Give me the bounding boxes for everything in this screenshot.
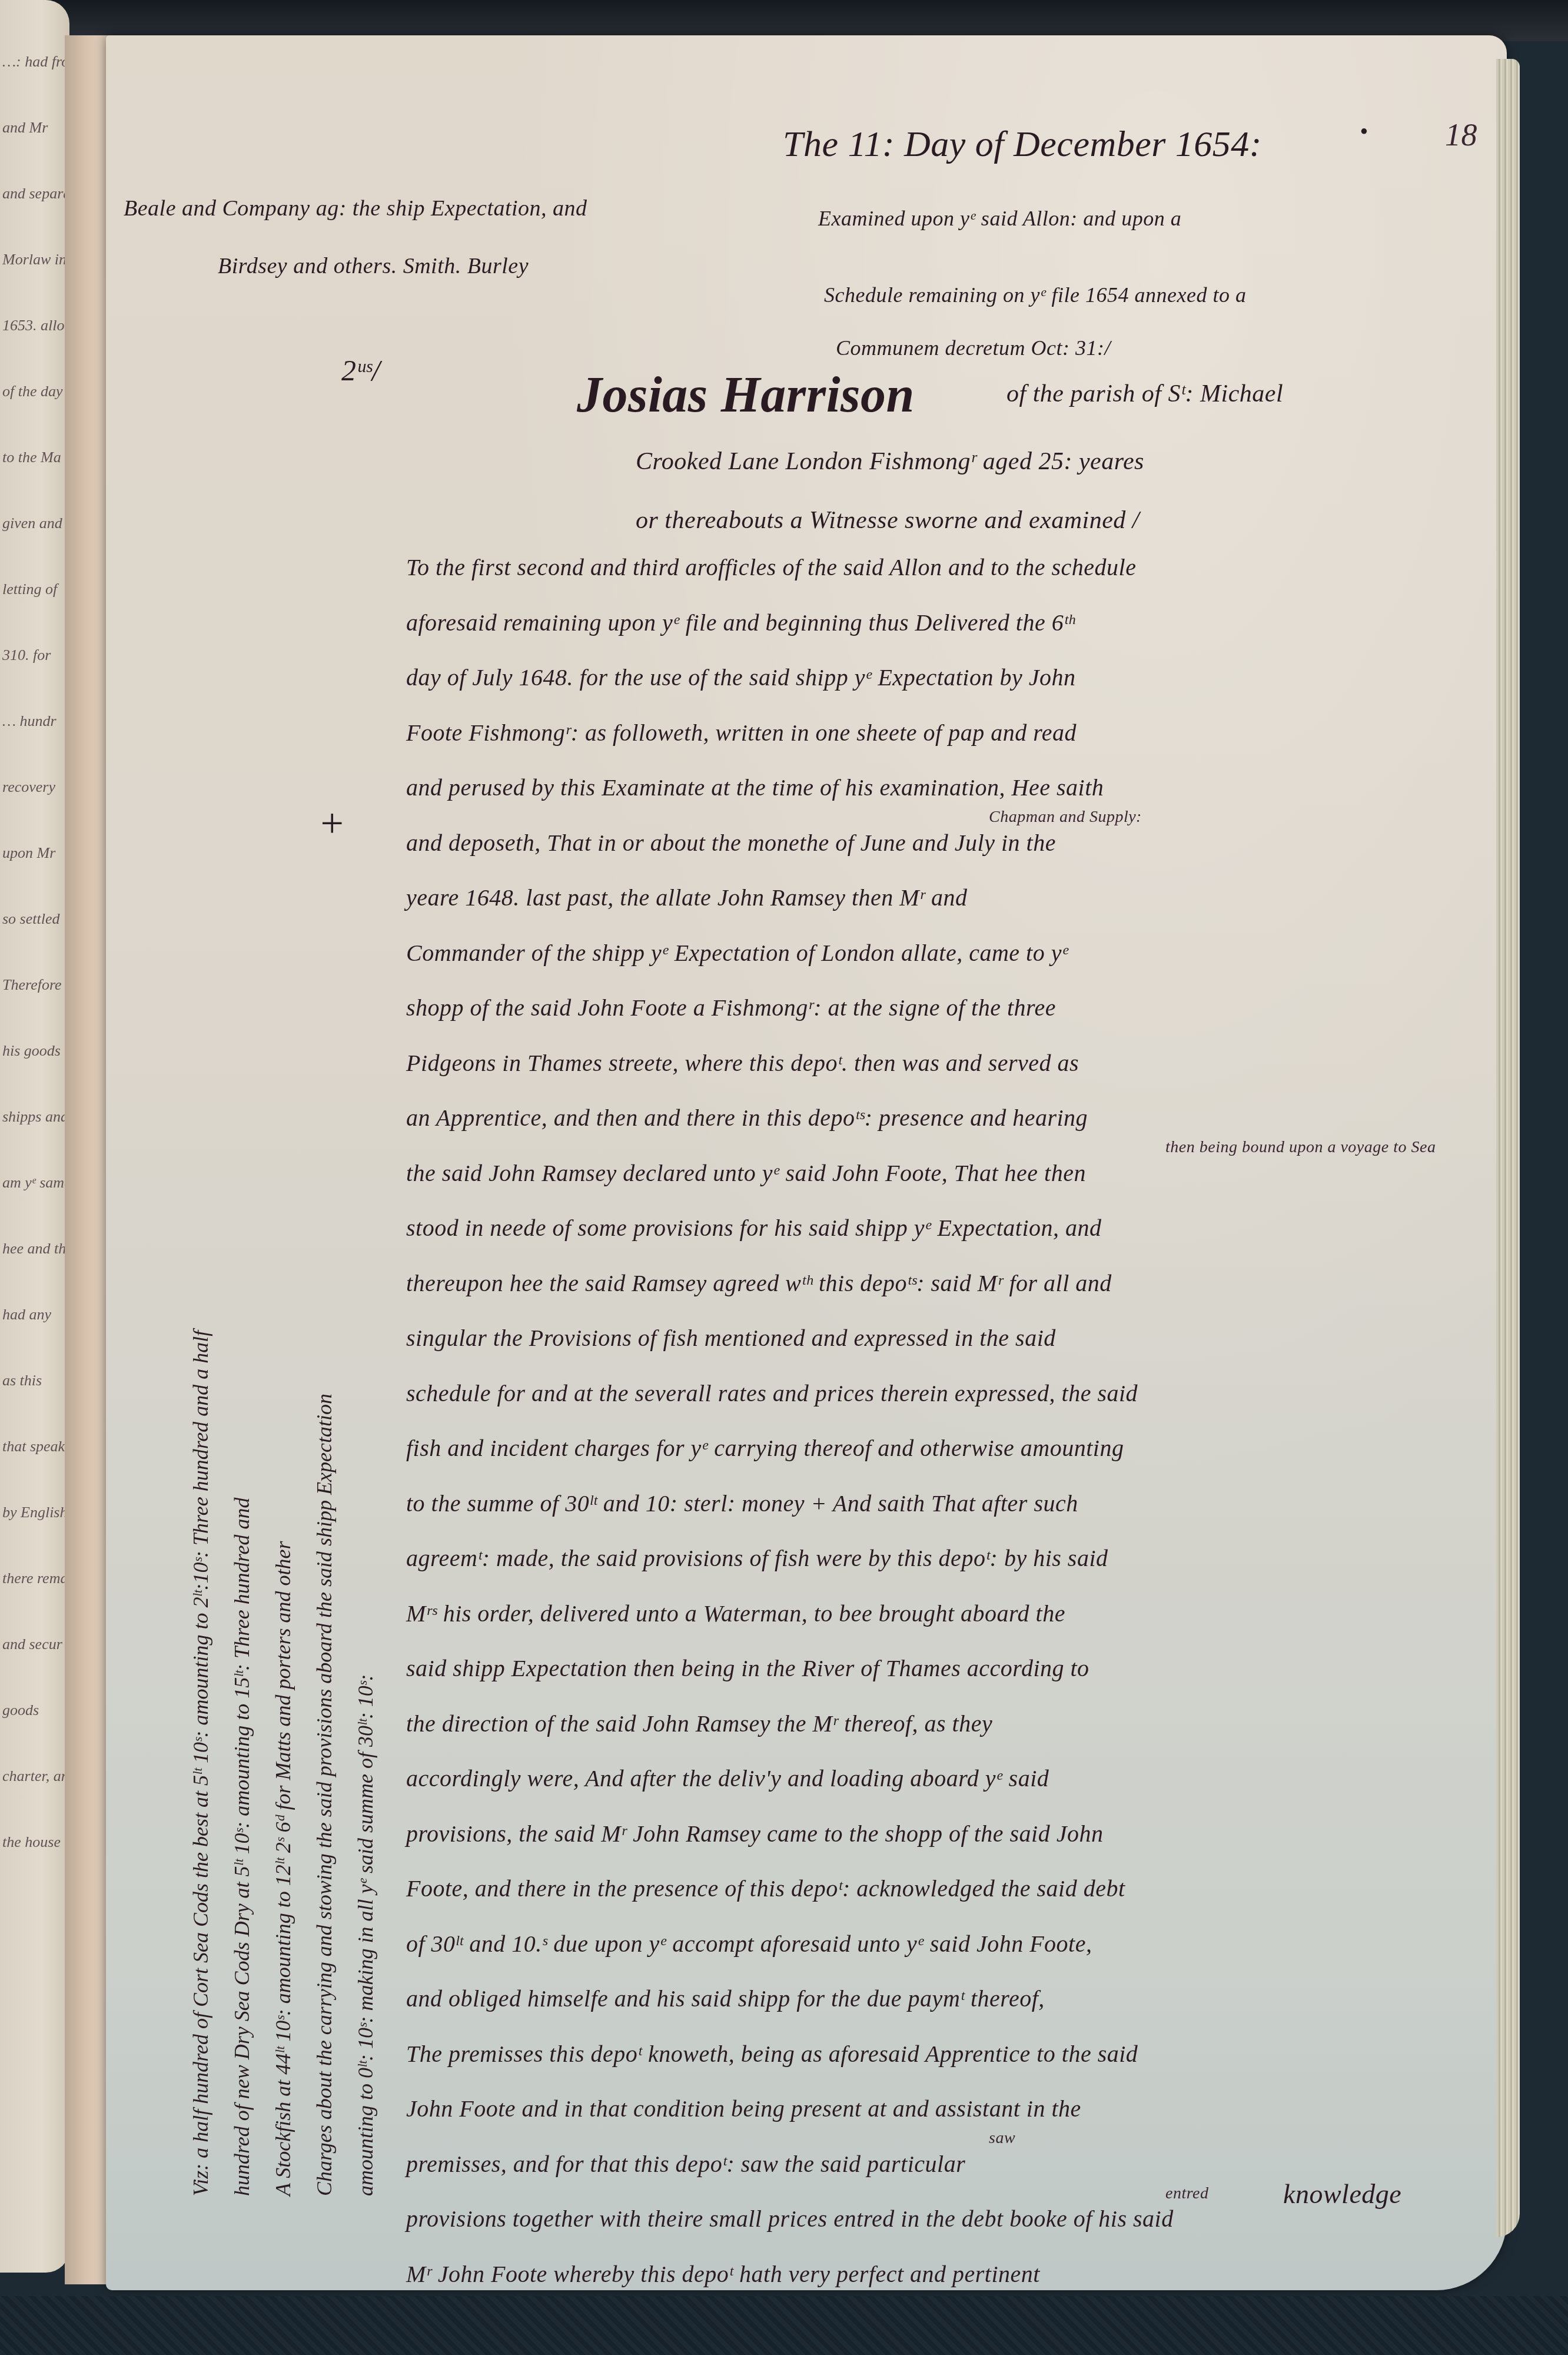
deposition-line: schedule for and at the severall rates a…	[406, 1379, 1524, 1407]
facing-page-text-fragment: and separate	[2, 185, 68, 203]
facing-page-text-fragment: of the day	[2, 383, 68, 400]
facing-page-text-fragment: upon Mr	[2, 844, 68, 862]
facing-page-text-fragment: goods	[2, 1701, 68, 1719]
deposition-line: and perused by this Examinate at the tim…	[406, 774, 1524, 801]
facing-page-text-fragment: as this	[2, 1372, 68, 1389]
facing-page-text-fragment: 310. for	[2, 646, 68, 664]
deposition-line: stood in neede of some provisions for hi…	[406, 1214, 1524, 1242]
facing-page-text-fragment: … hundr	[2, 712, 68, 730]
facing-page-edge: …: had fromand Mrand separateMorlaw in16…	[0, 0, 69, 2273]
deposition-line: John Foote and in that condition being p…	[406, 2095, 1524, 2122]
witness-number: 2ᵘˢ/	[341, 353, 380, 387]
facing-page-text-fragment: am yᵉ same	[2, 1174, 68, 1192]
deposition-line: Pidgeons in Thames streete, where this d…	[406, 1049, 1524, 1077]
case-caption-line-1: Beale and Company ag: the ship Expectati…	[124, 195, 587, 221]
facing-page-text-fragment: recovery	[2, 778, 68, 796]
deposition-line: Mʳˢ his order, delivered unto a Waterman…	[406, 1600, 1524, 1627]
facing-page-text-fragment: and secur	[2, 1636, 68, 1653]
case-caption-line-2: Birdsey and others. Smith. Burley	[218, 253, 529, 279]
facing-page-text-fragment: that speake	[2, 1438, 68, 1455]
deposition-line: and deposeth, That in or about the monet…	[406, 829, 1524, 857]
margin-note-line: hundred of new Dry Sea Cods Dry at 5ˡᵗ 1…	[230, 1498, 254, 2196]
deposition-line: agreemᵗ: made, the said provisions of fi…	[406, 1544, 1524, 1572]
witness-description-line-3: or thereabouts a Witnesse sworne and exa…	[636, 506, 1140, 535]
facing-page-text-fragment: Therefore	[2, 976, 68, 994]
facing-page-text-fragment: given and	[2, 515, 68, 532]
witness-parish: of the parish of Sᵗ: Michael	[1006, 380, 1283, 408]
folio-mark: •	[1360, 118, 1368, 145]
facing-page-text-fragment: Morlaw in	[2, 251, 68, 268]
deposition-line: Commander of the shipp yᵉ Expectation of…	[406, 939, 1524, 967]
deposition-line: said shipp Expectation then being in the…	[406, 1654, 1524, 1682]
deposition-line: provisions, the said Mʳ John Ramsey came…	[406, 1820, 1524, 1847]
margin-note-rotated: Viz: a half hundred of Cort Sea Cods the…	[188, 883, 436, 2196]
facing-page-text-fragment: so settled	[2, 910, 68, 928]
deposition-line: aforesaid remaining upon yᵉ file and beg…	[406, 609, 1524, 636]
deposition-line: yeare 1648. last past, the allate John R…	[406, 884, 1524, 911]
interlinear-insertion: Chapman and Supply:	[989, 808, 1142, 827]
reference-line-2: Schedule remaining on yᵉ file 1654 annex…	[824, 283, 1246, 307]
deposition-line: accordingly were, And after the deliv'y …	[406, 1764, 1524, 1792]
facing-page-text-fragment: charter, and by	[2, 1767, 68, 1785]
page-stack-edge	[1496, 59, 1520, 2237]
deposition-line: the direction of the said John Ramsey th…	[406, 1710, 1524, 1737]
reference-line-3: Communem decretum Oct: 31:/	[836, 336, 1111, 360]
facing-page-text-fragment: shipps and	[2, 1108, 68, 1126]
interlinear-insertion: then being bound upon a voyage to Sea	[1165, 1138, 1436, 1157]
photo-backdrop-bottom	[0, 2296, 1568, 2355]
deposition-line: of 30ˡᵗ and 10.ˢ due upon yᵉ accompt afo…	[406, 1930, 1524, 1958]
interlinear-insertion: entred	[1165, 2184, 1209, 2203]
margin-note-line: A Stockfish at 44ˡᵗ 10ˢ: amounting to 12…	[271, 1541, 295, 2196]
facing-page-text-fragment: letting of	[2, 581, 68, 598]
facing-page-text-fragment: there remaine	[2, 1570, 68, 1587]
entry-date-heading: The 11: Day of December 1654:	[783, 124, 1262, 165]
folio-number: 18	[1445, 117, 1477, 153]
interlinear-insertion: saw	[989, 2129, 1015, 2148]
facing-page-text-fragment: 1653. allots	[2, 317, 68, 334]
margin-note-line: amounting to 0ˡᵗ: 10ˢ: making in all yᵉ …	[353, 1674, 378, 2196]
deposition-line: to the summe of 30ˡᵗ and 10: sterl: mone…	[406, 1490, 1524, 1517]
deposition-line: singular the Provisions of fish mentione…	[406, 1324, 1524, 1352]
deposition-line: the said John Ramsey declared unto yᵉ sa…	[406, 1159, 1524, 1187]
closing-word: knowledge	[1283, 2178, 1401, 2210]
facing-page-text-fragment: his goods	[2, 1042, 68, 1060]
margin-note-line: Viz: a half hundred of Cort Sea Cods the…	[188, 1331, 213, 2196]
facing-page-text-fragment: to the Ma	[2, 449, 68, 466]
deposition-line: Mʳ John Foote whereby this depoᵗ hath ve…	[406, 2260, 1524, 2288]
margin-cross-mark: +	[318, 801, 346, 848]
facing-page-text-fragment: …: had from	[2, 53, 68, 71]
deposition-line: day of July 1648. for the use of the sai…	[406, 664, 1524, 691]
deposition-line: an Apprentice, and then and there in thi…	[406, 1104, 1524, 1132]
deposition-line: To the first second and third arofficles…	[406, 553, 1524, 581]
facing-page-text-fragment: by English	[2, 1504, 68, 1521]
witness-description-line-2: Crooked Lane London Fishmongʳ aged 25: y…	[636, 447, 1144, 476]
deposition-line: Foote, and there in the presence of this…	[406, 1875, 1524, 1902]
deposition-line: fish and incident charges for yᵉ carryin…	[406, 1434, 1524, 1462]
deposition-line: thereupon hee the said Ramsey agreed wᵗʰ…	[406, 1269, 1524, 1297]
deposition-line: The premisses this depoᵗ knoweth, being …	[406, 2040, 1524, 2068]
facing-page-text-fragment: had any	[2, 1306, 68, 1324]
facing-page-text-fragment: hee and them	[2, 1240, 68, 1258]
deposition-line: and obliged himselfe and his said shipp …	[406, 1985, 1524, 2012]
deposition-line: premisses, and for that this depoᵗ: saw …	[406, 2150, 1524, 2178]
margin-note-line: Charges about the carrying and stowing t…	[312, 1394, 337, 2196]
witness-name: Josias Harrison	[577, 365, 915, 424]
facing-page-text-fragment: and Mr	[2, 119, 68, 137]
deposition-line: Foote Fishmongʳ: as followeth, written i…	[406, 719, 1524, 747]
reference-line-1: Examined upon yᵉ said Allon: and upon a	[818, 206, 1568, 231]
deposition-line: shopp of the said John Foote a Fishmongʳ…	[406, 994, 1524, 1021]
facing-page-text-fragment: the house	[2, 1833, 68, 1851]
